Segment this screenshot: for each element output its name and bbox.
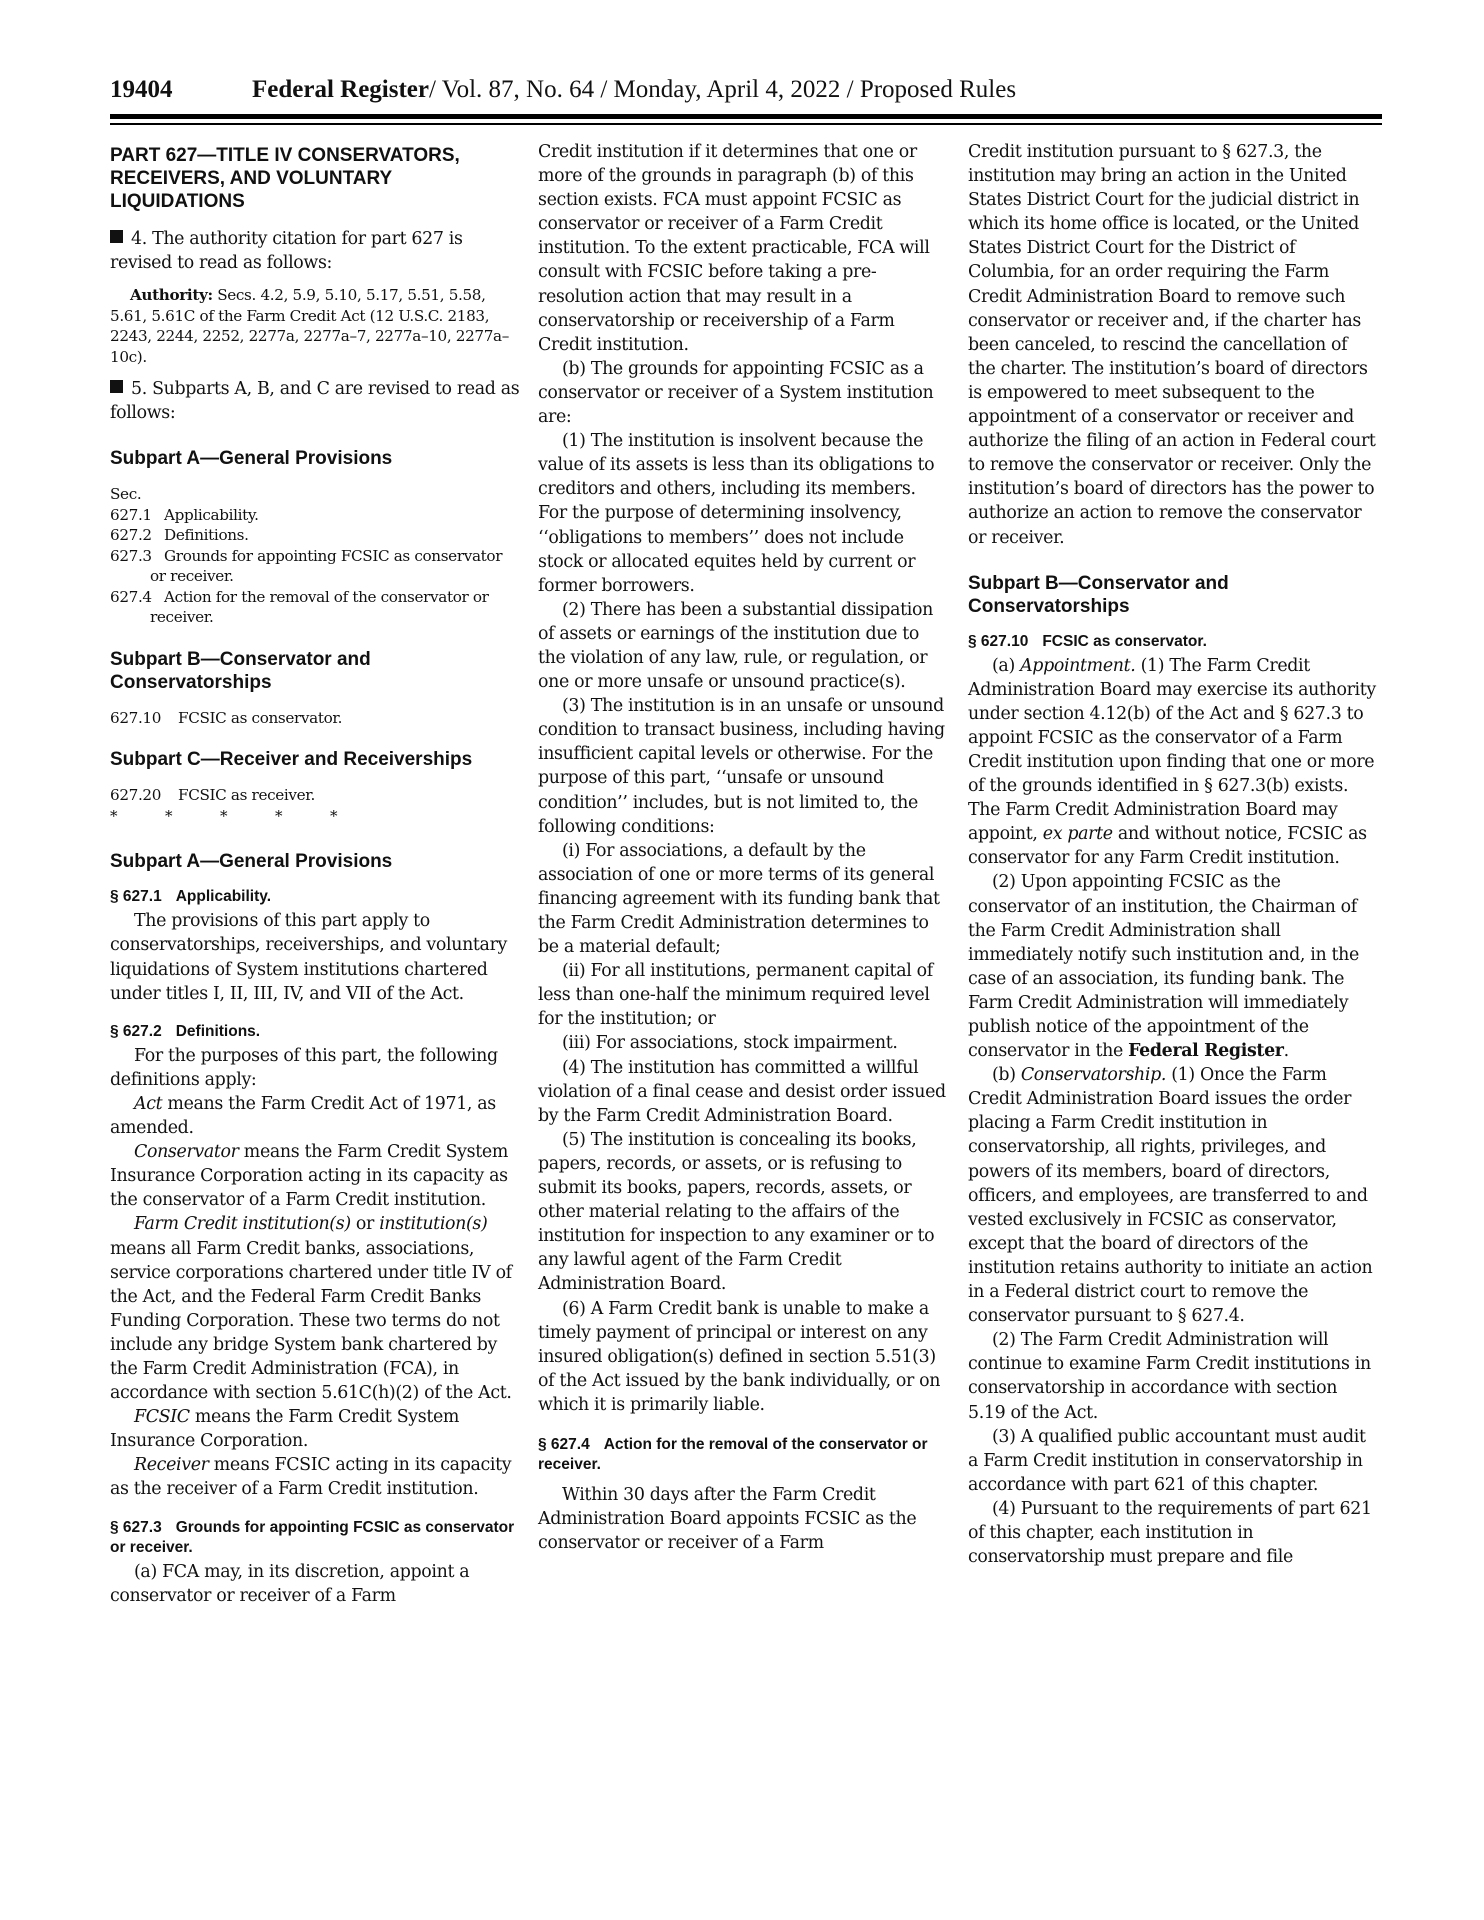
toc-entry[interactable]: 627.2Definitions. xyxy=(110,525,520,546)
toc-sec-label: Sec. xyxy=(110,484,520,505)
section-627-3-a-continued: Credit institution if it determines that… xyxy=(538,140,948,357)
definition-fcsic: FCSIC means the Farm Credit System Insur… xyxy=(110,1405,520,1453)
header-rule-thin xyxy=(110,123,1382,125)
section-627-10-a-1: (a) Appointment. (1) The Farm Credit Adm… xyxy=(968,654,1378,871)
section-627-10-b-3: (3) A qualified public accountant must a… xyxy=(968,1425,1378,1497)
amendment-4: 4. The authority citation for part 627 i… xyxy=(110,227,520,275)
section-627-4-start: Within 30 days after the Farm Credit Adm… xyxy=(538,1483,948,1555)
section-627-4-heading: § 627.4Action for the removal of the con… xyxy=(538,1435,948,1475)
toc-subpart-a: Sec. 627.1Applicability. 627.2Definition… xyxy=(110,484,520,628)
section-627-3-b-3-iii: (iii) For associations, stock impairment… xyxy=(538,1031,948,1055)
authority-label: Authority: xyxy=(130,286,213,304)
definition-act: Act means the Farm Credit Act of 1971, a… xyxy=(110,1092,520,1140)
publication-name: Federal Register xyxy=(252,76,429,103)
definition-conservator: Conservator means the Farm Credit System… xyxy=(110,1140,520,1212)
amendment-5: 5. Subparts A, B, and C are revised to r… xyxy=(110,377,520,425)
running-head: Federal Register/ Vol. 87, No. 64 / Mond… xyxy=(252,76,1016,104)
toc-subpart-b: 627.10FCSIC as conservator. xyxy=(110,708,520,729)
part-heading: PART 627—TITLE IV CONSERVATORS, RECEIVER… xyxy=(110,144,520,213)
volume-issue: / Vol. 87, No. 64 / Monday, April 4, 202… xyxy=(429,76,1016,103)
section-627-3-b-4: (4) The institution has committed a will… xyxy=(538,1056,948,1128)
section-627-3-b-1: (1) The institution is insolvent because… xyxy=(538,429,948,598)
section-627-3-b-3: (3) The institution is in an unsafe or u… xyxy=(538,694,948,839)
toc-subpart-c-heading: Subpart C—Receiver and Receiverships xyxy=(110,748,520,771)
toc-subpart-b-heading: Subpart B—Conservator and Conservatorshi… xyxy=(110,648,520,694)
column-3: Credit institution pursuant to § 627.3, … xyxy=(968,140,1378,1569)
section-627-3-heading: § 627.3Grounds for appointing FCSIC as c… xyxy=(110,1518,520,1558)
section-627-10-b-4: (4) Pursuant to the requirements of part… xyxy=(968,1497,1378,1569)
column-2: Credit institution if it determines that… xyxy=(538,140,948,1555)
toc-entry[interactable]: 627.3Grounds for appointing FCSIC as con… xyxy=(110,546,520,587)
amendment-bullet-icon xyxy=(110,230,123,243)
toc-entry[interactable]: 627.1Applicability. xyxy=(110,505,520,526)
toc-entry[interactable]: 627.20FCSIC as receiver. xyxy=(110,785,520,806)
section-627-10-a-2: (2) Upon appointing FCSIC as the conserv… xyxy=(968,870,1378,1063)
federal-register-ref: Federal Register xyxy=(1128,1041,1284,1061)
section-627-3-b-3-i: (i) For associations, a default by the a… xyxy=(538,839,948,959)
column-1: PART 627—TITLE IV CONSERVATORS, RECEIVER… xyxy=(110,140,520,1608)
section-627-3-b: (b) The grounds for appointing FCSIC as … xyxy=(538,357,948,429)
toc-entry[interactable]: 627.4Action for the removal of the conse… xyxy=(110,587,520,628)
section-627-3-b-6: (6) A Farm Credit bank is unable to make… xyxy=(538,1297,948,1417)
authority-citation: Authority: Secs. 4.2, 5.9, 5.10, 5.17, 5… xyxy=(110,285,520,367)
page-number: 19404 xyxy=(110,76,173,104)
section-627-3-b-5: (5) The institution is concealing its bo… xyxy=(538,1128,948,1297)
subpart-a-heading: Subpart A—General Provisions xyxy=(110,850,520,873)
section-627-4-continued: Credit institution pursuant to § 627.3, … xyxy=(968,140,1378,550)
page-header: 19404 Federal Register/ Vol. 87, No. 64 … xyxy=(110,76,1382,116)
section-627-10-b-1: (b) Conservatorship. (1) Once the Farm C… xyxy=(968,1063,1378,1328)
toc-subpart-a-heading: Subpart A—General Provisions xyxy=(110,447,520,470)
definition-farm-credit-institution: Farm Credit institution(s) or institutio… xyxy=(110,1212,520,1405)
definition-receiver: Receiver means FCSIC acting in its capac… xyxy=(110,1453,520,1501)
section-627-1-heading: § 627.1Applicability. xyxy=(110,887,520,907)
definitions-intro: For the purposes of this part, the follo… xyxy=(110,1044,520,1092)
section-627-10-heading: § 627.10FCSIC as conservator. xyxy=(968,632,1378,652)
section-627-3-b-2: (2) There has been a substantial dissipa… xyxy=(538,598,948,694)
subpart-b-heading: Subpart B—Conservator and Conservatorshi… xyxy=(968,572,1378,618)
toc-entry[interactable]: 627.10FCSIC as conservator. xyxy=(110,708,520,729)
omission-stars: ***** xyxy=(110,806,520,827)
header-rule-thick xyxy=(110,114,1382,119)
amendment-bullet-icon xyxy=(110,380,123,393)
section-627-2-heading: § 627.2Definitions. xyxy=(110,1022,520,1042)
section-627-1-text: The provisions of this part apply to con… xyxy=(110,909,520,1005)
toc-subpart-c: 627.20FCSIC as receiver. ***** xyxy=(110,785,520,826)
section-627-10-b-2: (2) The Farm Credit Administration will … xyxy=(968,1328,1378,1424)
section-627-3-a-start: (a) FCA may, in its discretion, appoint … xyxy=(110,1560,520,1608)
section-627-3-b-3-ii: (ii) For all institutions, permanent cap… xyxy=(538,959,948,1031)
